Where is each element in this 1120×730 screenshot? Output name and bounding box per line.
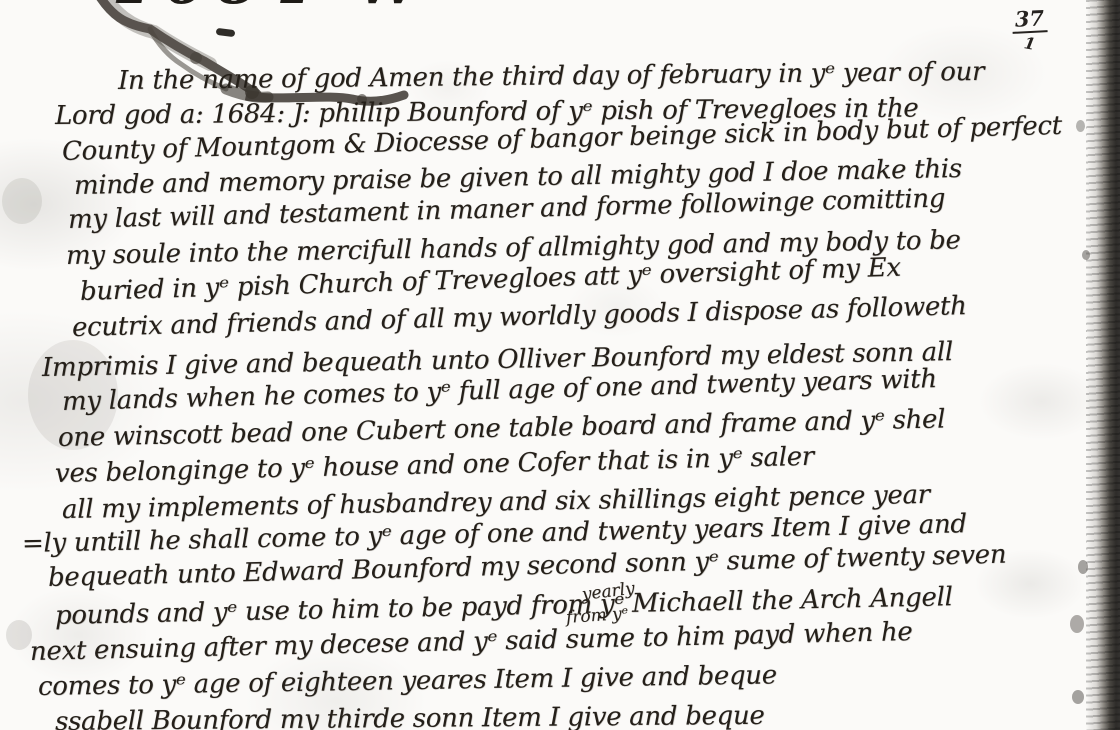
edge-speck [1076, 120, 1085, 132]
header-fragment: 1684 W W [112, 0, 472, 25]
scanned-manuscript-page: { "page": { "kind": "scanned handwritten… [0, 0, 1120, 730]
edge-speck [1078, 560, 1088, 574]
ink-dash-mark [216, 28, 236, 37]
manuscript-line: comes to yᵉ age of eighteen yeares Item … [38, 660, 777, 702]
edge-speck [1070, 615, 1084, 633]
header-fragment-text: 1684 W W [112, 0, 472, 14]
folio-subnumber: 1 [1011, 32, 1049, 56]
edge-speck [1082, 250, 1090, 260]
interlinear-note: from yᵉ [565, 605, 628, 627]
edge-speck [1072, 690, 1084, 704]
manuscript-line: ssabell Bounford my thirde sonn Item I g… [55, 701, 765, 730]
stain [6, 620, 32, 650]
folio-number: 37 [1011, 7, 1047, 34]
manuscript-line: In the name of god Amen the third day of… [118, 57, 984, 96]
page-edge-shadow [1086, 0, 1120, 730]
folio: 37 1 [1012, 8, 1047, 53]
stain [2, 178, 42, 224]
